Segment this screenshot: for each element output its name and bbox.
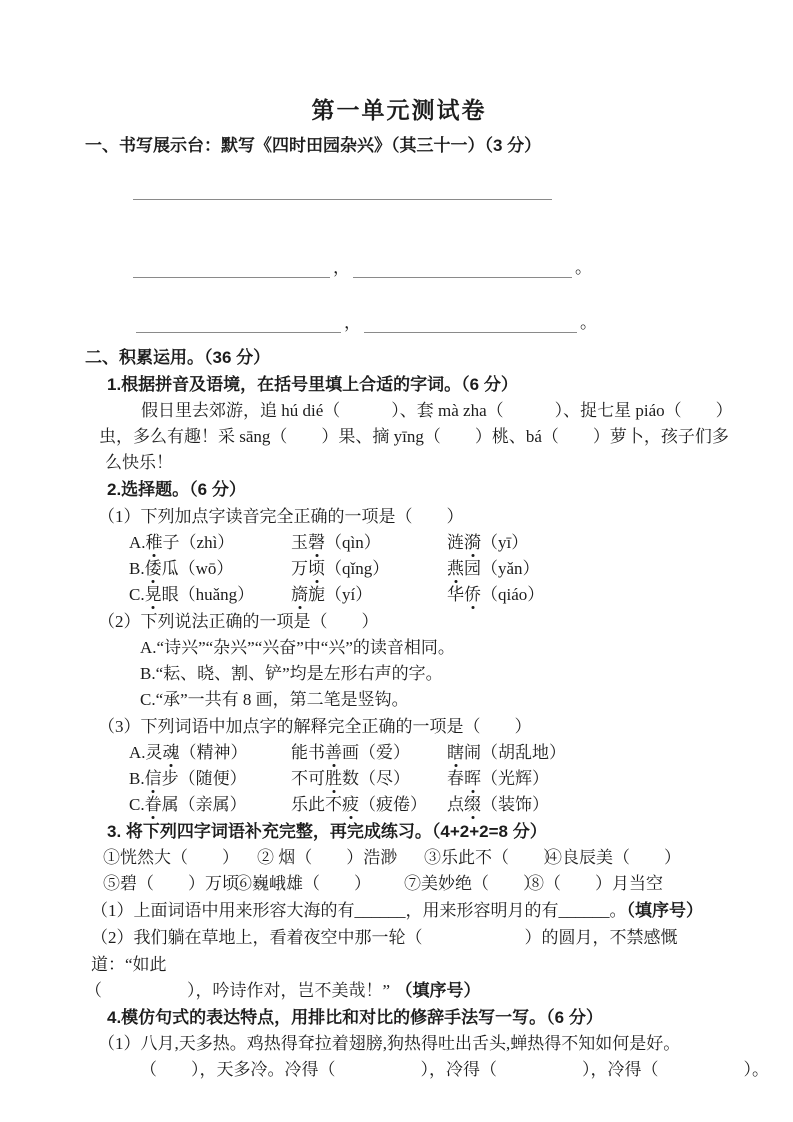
q2-sub2-option-c: C.“承”一共有 8 画，第二笔是竖钩。 bbox=[140, 687, 713, 713]
answer-blank bbox=[364, 308, 577, 333]
word-item: ④良辰美（ ） bbox=[545, 845, 713, 871]
q2-sub3-option-row-a: A.灵魂（精神） 能书善画（爱） 瞎闹（胡乱地） bbox=[129, 740, 713, 766]
answer-line-row-2: ， 。 bbox=[133, 251, 713, 278]
option-item: B.倭瓜（wō） bbox=[129, 556, 291, 582]
q2-sub3-option-row-b: B.信步（随便） 不可胜数（尽） 春晖（光辉） bbox=[129, 766, 713, 792]
section-2-heading: 二、积累运用。（36 分） bbox=[85, 344, 713, 371]
word-item: ①恍然大（ ） bbox=[103, 845, 257, 871]
section-1-heading: 一、书写展示台：默写《四时田园杂兴》（其三十一）（3 分） bbox=[85, 132, 713, 159]
word-item: ⑤碧（ ）万顷 bbox=[103, 871, 235, 897]
word-item: ⑦美妙绝（ ） bbox=[404, 871, 527, 897]
q1-text-line: 虫，多么有趣！采 sāng（ ）果、摘 yīng（ ）桃、bá（ ）萝卜，孩子们… bbox=[99, 424, 713, 450]
q3-word-row-2: ⑤碧（ ）万顷 ⑥巍峨雄（ ） ⑦美妙绝（ ） ⑧（ ）月当空 bbox=[103, 871, 713, 897]
option-item: 瞎闹（胡乱地） bbox=[447, 740, 713, 766]
option-item: 华侨（qiáo） bbox=[447, 582, 713, 608]
answer-blank bbox=[133, 253, 330, 278]
period-mark: 。 bbox=[572, 258, 595, 278]
option-item: C.晃眼（huǎng） bbox=[129, 582, 291, 608]
option-item: 涟漪（yī） bbox=[447, 530, 713, 556]
question-2-heading: 2.选择题。（6 分） bbox=[107, 476, 713, 503]
q2-sub1-prompt: （1）下列加点字读音完全正确的一项是（ ） bbox=[98, 503, 713, 530]
question-4-heading: 4.模仿句式的表达特点，用排比和对比的修辞手法写一写。（6 分） bbox=[107, 1004, 713, 1031]
option-item: 能书善画（爱） bbox=[291, 740, 447, 766]
q4-fill-sentence: （ ），天多冷。冷得（ ），冷得（ ），冷得（ ）。 bbox=[140, 1057, 713, 1083]
q2-sub2-option-a: A.“诗兴”“杂兴”“兴奋”中“兴”的读音相同。 bbox=[140, 635, 713, 661]
option-item: 燕园（yǎn） bbox=[447, 556, 713, 582]
option-item: 点缀（装饰） bbox=[447, 792, 713, 818]
q4-example-sentence: （1）八月,天多热。鸡热得耷拉着翅膀,狗热得吐出舌头,蝉热得不知如何是好。 bbox=[98, 1031, 713, 1057]
fill-number-tag: （填序号） bbox=[404, 981, 481, 1000]
q2-sub3-prompt: （3）下列词语中加点字的解释完全正确的一项是（ ） bbox=[98, 713, 713, 740]
comma-mark: ， bbox=[330, 258, 353, 278]
q3-sub1-sentence: （1）上面词语中用来形容大海的有______，用来形容明月的有______。 bbox=[91, 901, 627, 920]
option-item: B.信步（随便） bbox=[129, 766, 291, 792]
option-item: 万顷（qǐng） bbox=[291, 556, 447, 582]
option-item: 乐此不疲（疲倦） bbox=[291, 792, 447, 818]
q3-sub2-line1: （2）我们躺在草地上，看着夜空中那一轮（ ）的圆月，不禁感慨道：“如此 bbox=[91, 924, 713, 978]
option-item: 不可胜数（尽） bbox=[291, 766, 447, 792]
q2-sub3-option-row-c: C.眷属（亲属） 乐此不疲（疲倦） 点缀（装饰） bbox=[129, 792, 713, 818]
q2-sub2-prompt: （2）下列说法正确的一项是（ ） bbox=[98, 608, 713, 635]
q2-sub1-option-row-a: A.稚子（zhì） 玉磬（qìn） 涟漪（yī） bbox=[129, 530, 713, 556]
question-1-heading: 1.根据拼音及语境，在括号里填上合适的字词。（6 分） bbox=[107, 371, 713, 398]
q1-text-line: 假日里去郊游，追 hú dié（ ）、套 mà zha（ ）、捉七星 piáo（… bbox=[141, 398, 713, 424]
answer-blank bbox=[136, 308, 341, 333]
paper-title: 第一单元测试卷 bbox=[85, 96, 713, 124]
answer-line-1 bbox=[133, 174, 552, 200]
word-item: ⑥巍峨雄（ ） bbox=[235, 871, 404, 897]
word-item: ③乐此不（ ） bbox=[424, 845, 545, 871]
comma-mark: ， bbox=[341, 313, 364, 333]
word-item: ② 烟（ ）浩渺 bbox=[257, 845, 424, 871]
option-item: A.灵魂（精神） bbox=[129, 740, 291, 766]
q3-word-row-1: ①恍然大（ ） ② 烟（ ）浩渺 ③乐此不（ ） ④良辰美（ ） bbox=[103, 845, 713, 871]
word-item: ⑧（ ）月当空 bbox=[527, 871, 713, 897]
option-item: 旖旎（yí） bbox=[291, 582, 447, 608]
period-mark: 。 bbox=[577, 313, 600, 333]
q1-text-line: 么快乐！ bbox=[105, 450, 713, 476]
test-paper-page: 第一单元测试卷 一、书写展示台：默写《四时田园杂兴》（其三十一）（3 分） ， … bbox=[0, 0, 793, 1122]
q2-sub1-option-row-b: B.倭瓜（wō） 万顷（qǐng） 燕园（yǎn） bbox=[129, 556, 713, 582]
option-item: 玉磬（qìn） bbox=[291, 530, 447, 556]
question-3-heading: 3. 将下列四字词语补充完整，再完成练习。（4+2+2=8 分） bbox=[107, 818, 713, 845]
q3-sub2-line2: （ ），吟诗作对，岂不美哉！”（填序号） bbox=[85, 978, 713, 1004]
answer-blank bbox=[353, 253, 572, 278]
q2-sub1-option-row-c: C.晃眼（huǎng） 旖旎（yí） 华侨（qiáo） bbox=[129, 582, 713, 608]
option-item: 春晖（光辉） bbox=[447, 766, 713, 792]
fill-number-tag: （填序号） bbox=[627, 901, 704, 920]
option-item: C.眷属（亲属） bbox=[129, 792, 291, 818]
q2-sub2-option-b: B.“耘、晓、割、铲”均是左形右声的字。 bbox=[140, 661, 713, 687]
q3-sub1-text: （1）上面词语中用来形容大海的有______，用来形容明月的有______。（填… bbox=[91, 897, 713, 924]
option-item: A.稚子（zhì） bbox=[129, 530, 291, 556]
answer-line-row-3: ， 。 bbox=[136, 306, 713, 333]
q3-sub2-sentence: （ ），吟诗作对，岂不美哉！” bbox=[85, 981, 390, 1000]
